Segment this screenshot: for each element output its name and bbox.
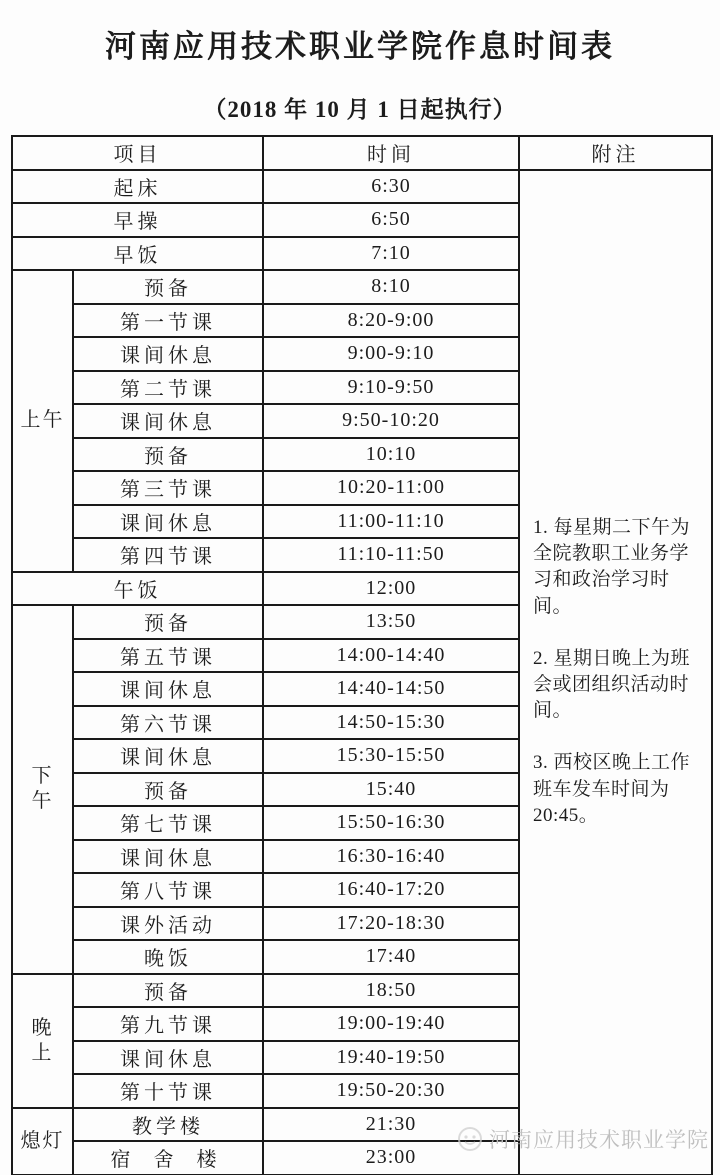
time-cell: 14:40-14:50 [263,672,519,706]
time-cell: 14:50-15:30 [263,706,519,740]
note-1: 1. 每星期二下午为全院教职工业务学习和政治学习时间。 [533,515,698,620]
time-cell: 11:10-11:50 [263,538,519,572]
time-cell: 14:00-14:40 [263,639,519,673]
col-header-item: 项目 [12,136,263,170]
watermark-text: 河南应用技术职业学院 [489,1124,709,1154]
item-cell: 起床 [12,170,263,204]
time-cell: 16:40-17:20 [263,873,519,907]
watermark: 河南应用技术职业学院 [456,1124,709,1154]
item-cell: 宿 舍 楼 [73,1141,263,1175]
period-cell-afternoon: 下 午 [12,605,73,974]
item-cell: 第一节课 [73,304,263,338]
item-cell: 晚饭 [73,940,263,974]
item-cell: 课间休息 [73,739,263,773]
item-cell: 预备 [73,605,263,639]
time-cell: 7:10 [263,237,519,271]
time-cell: 6:30 [263,170,519,204]
item-cell: 课间休息 [73,1041,263,1075]
item-cell: 预备 [73,773,263,807]
item-cell: 课间休息 [73,672,263,706]
col-header-note: 附注 [519,136,712,170]
period-cell-lights-out: 熄灯 [12,1108,73,1175]
time-cell: 9:10-9:50 [263,371,519,405]
time-cell: 10:10 [263,438,519,472]
item-cell: 教学楼 [73,1108,263,1142]
item-cell: 预备 [73,270,263,304]
time-cell: 16:30-16:40 [263,840,519,874]
note-3: 3. 西校区晚上工作班车发车时间为20:45。 [533,750,698,829]
time-cell: 13:50 [263,605,519,639]
schedule-page: 河南应用技术职业学院作息时间表 （2018 年 10 月 1 日起执行） 项目 … [0,0,720,1175]
time-cell: 10:20-11:00 [263,471,519,505]
item-cell: 第二节课 [73,371,263,405]
time-cell: 18:50 [263,974,519,1008]
table-row: 起床 6:30 1. 每星期二下午为全院教职工业务学习和政治学习时间。 2. 星… [12,170,712,204]
item-cell: 午饭 [12,572,263,606]
header-row: 项目 时间 附注 [12,136,712,170]
page-title: 河南应用技术职业学院作息时间表 [0,0,720,66]
item-cell: 早饭 [12,237,263,271]
item-cell: 第四节课 [73,538,263,572]
item-cell: 预备 [73,974,263,1008]
item-cell: 第九节课 [73,1007,263,1041]
schedule-table: 项目 时间 附注 起床 6:30 1. 每星期二下午为全院教职工业务学习和政治学… [11,135,713,1175]
time-cell: 9:50-10:20 [263,404,519,438]
time-cell: 17:20-18:30 [263,907,519,941]
period-cell-morning: 上午 [12,270,73,572]
item-cell: 第五节课 [73,639,263,673]
time-cell: 11:00-11:10 [263,505,519,539]
item-cell: 第三节课 [73,471,263,505]
item-cell: 预备 [73,438,263,472]
time-cell: 15:50-16:30 [263,806,519,840]
page-subtitle: （2018 年 10 月 1 日起执行） [0,91,720,124]
time-cell: 15:30-15:50 [263,739,519,773]
item-cell: 课间休息 [73,505,263,539]
time-cell: 8:10 [263,270,519,304]
time-cell: 8:20-9:00 [263,304,519,338]
item-cell: 课间休息 [73,337,263,371]
item-cell: 课间休息 [73,404,263,438]
time-cell: 6:50 [263,203,519,237]
time-cell: 15:40 [263,773,519,807]
time-cell: 17:40 [263,940,519,974]
item-cell: 第六节课 [73,706,263,740]
item-cell: 第八节课 [73,873,263,907]
time-cell: 19:40-19:50 [263,1041,519,1075]
time-cell: 19:00-19:40 [263,1007,519,1041]
item-cell: 课外活动 [73,907,263,941]
col-header-time: 时间 [263,136,519,170]
notes-cell: 1. 每星期二下午为全院教职工业务学习和政治学习时间。 2. 星期日晚上为班会或… [519,170,712,1175]
time-cell: 19:50-20:30 [263,1074,519,1108]
item-cell: 第七节课 [73,806,263,840]
item-cell: 第十节课 [73,1074,263,1108]
school-logo-icon [456,1125,484,1153]
time-cell: 9:00-9:10 [263,337,519,371]
item-cell: 早操 [12,203,263,237]
item-cell: 课间休息 [73,840,263,874]
period-cell-evening: 晚 上 [12,974,73,1108]
note-2: 2. 星期日晚上为班会或团组织活动时间。 [533,646,698,725]
time-cell: 12:00 [263,572,519,606]
